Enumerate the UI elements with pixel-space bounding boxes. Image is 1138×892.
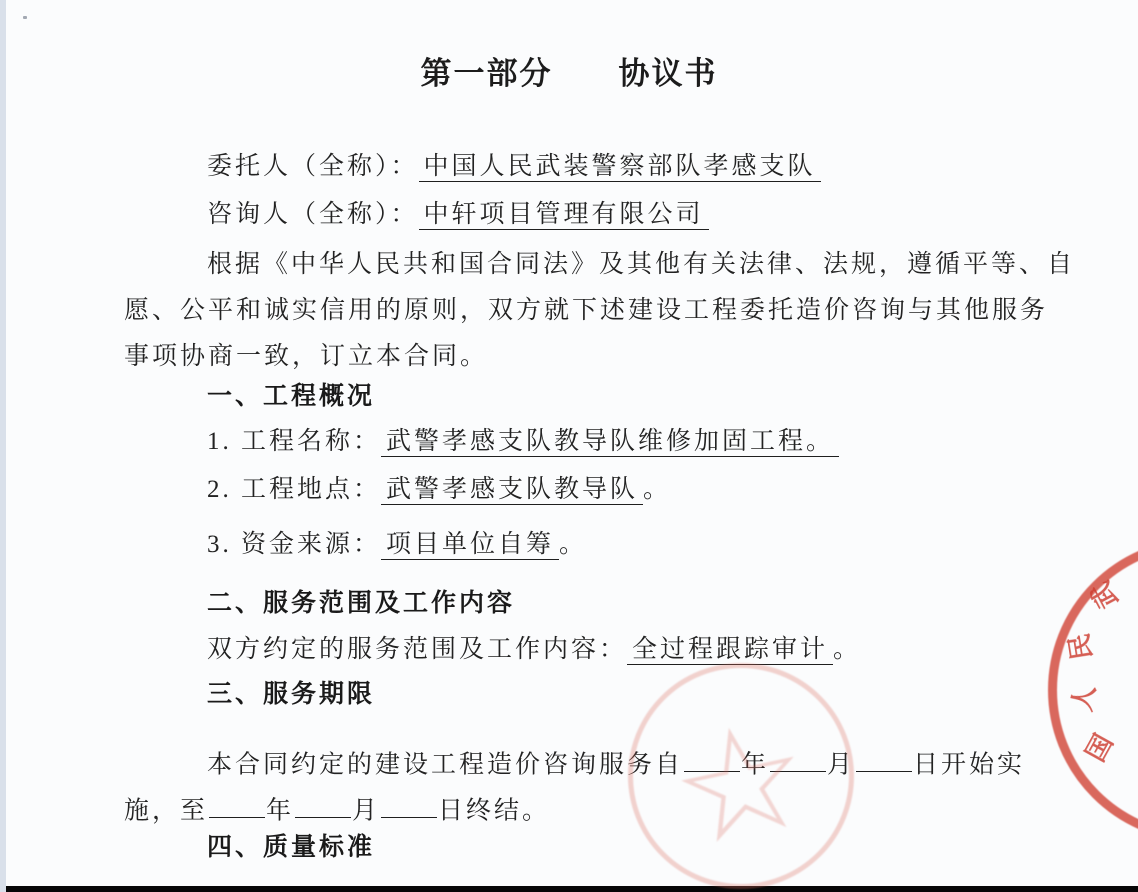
underlined-filled-value: 中轩项目管理有限公司 (419, 201, 709, 230)
text-segment: 本合同约定的建设工程造价咨询服务自 (207, 751, 683, 778)
underlined-filled-value: 中国人民武装警察部队孝感支队 (419, 153, 821, 182)
seal-rim-character: 民 (1059, 631, 1100, 662)
consultant-line: 咨询人（全称）：中轩项目管理有限公司 (207, 201, 709, 230)
text-segment: 一、工程概况 (207, 383, 375, 410)
blank-fill-in-field (381, 796, 437, 818)
text-segment: 。 (833, 636, 861, 663)
text-segment: 施，至 (124, 797, 208, 824)
scan-edge-left (0, 0, 6, 892)
section-4-heading: 四、质量标准 (207, 834, 375, 863)
text-segment: 双方约定的服务范围及工作内容： (207, 636, 627, 663)
official-seal-right: 武民人国 (1048, 538, 1138, 842)
seal-rim-character: 国 (1076, 727, 1121, 768)
section-3-heading: 三、服务期限 (207, 681, 375, 710)
scope-line: 双方约定的服务范围及工作内容：全过程跟踪审计。 (207, 636, 861, 665)
text-segment: 四、质量标准 (207, 834, 375, 861)
text-segment: 二、服务范围及工作内容 (207, 590, 515, 617)
text-segment: 年 (266, 797, 294, 824)
text-segment: 愿、公平和诚实信用的原则，双方就下述建设工程委托造价咨询与其他服务 (124, 297, 1048, 324)
text-segment: 3. 资金来源： (207, 531, 381, 558)
text-segment: 事项协商一致，订立本合同。 (124, 343, 488, 370)
section-2-heading: 二、服务范围及工作内容 (207, 590, 515, 619)
seal-ring (1048, 538, 1138, 842)
text-segment: 根据《中华人民共和国合同法》及其他有关法律、法规，遵循平等、自 (207, 251, 1075, 278)
underlined-filled-value: 武警孝感支队教导队维修加固工程。 (381, 428, 839, 457)
text-segment: 。 (559, 531, 587, 558)
seal-rim-character: 人 (1062, 682, 1103, 714)
blank-fill-in-field (295, 796, 351, 818)
scan-artifact-speck (23, 16, 27, 19)
period-line-2: 施，至年月日终结。 (124, 796, 550, 826)
funding-line: 3. 资金来源：项目单位自筹。 (207, 531, 587, 560)
scan-edge-bottom (6, 886, 1138, 892)
preamble-line-3: 事项协商一致，订立本合同。 (124, 343, 488, 372)
text-segment: 咨询人（全称）： (207, 201, 419, 228)
text-segment: 日开始实 (913, 751, 1025, 778)
seal-rim-character: 武 (1081, 576, 1126, 616)
section-1-heading: 一、工程概况 (207, 383, 375, 412)
blank-fill-in-field (856, 750, 912, 772)
blank-fill-in-field (770, 750, 826, 772)
preamble-line-1: 根据《中华人民共和国合同法》及其他有关法律、法规，遵循平等、自 (207, 251, 1075, 280)
text-segment: 1. 工程名称： (207, 428, 381, 455)
seal-star-icon: ☆ (660, 698, 823, 873)
preamble-line-2: 愿、公平和诚实信用的原则，双方就下述建设工程委托造价咨询与其他服务 (124, 297, 1048, 326)
document-title: 第一部分 协议书 (0, 48, 1138, 93)
underlined-filled-value: 项目单位自筹 (381, 531, 559, 560)
client-line: 委托人（全称）：中国人民武装警察部队孝感支队 (207, 153, 821, 182)
text-segment: 2. 工程地点： (207, 476, 381, 503)
project-name-line: 1. 工程名称：武警孝感支队教导队维修加固工程。 (207, 428, 839, 457)
text-segment: 。 (643, 476, 671, 503)
underlined-filled-value: 武警孝感支队教导队 (381, 476, 643, 505)
text-segment: 三、服务期限 (207, 681, 375, 708)
blank-fill-in-field (684, 750, 740, 772)
text-segment: 年 (741, 751, 769, 778)
underlined-filled-value: 全过程跟踪审计 (627, 636, 833, 665)
text-segment: 月 (352, 797, 380, 824)
scanned-contract-page: 第一部分 协议书 委托人（全称）：中国人民武装警察部队孝感支队咨询人（全称）：中… (0, 0, 1138, 892)
text-segment: 月 (827, 751, 855, 778)
period-line-1: 本合同约定的建设工程造价咨询服务自年月日开始实 (207, 750, 1025, 780)
text-segment: 委托人（全称）： (207, 153, 419, 180)
project-site-line: 2. 工程地点：武警孝感支队教导队。 (207, 476, 671, 505)
text-segment: 日终结。 (438, 797, 550, 824)
blank-fill-in-field (209, 796, 265, 818)
